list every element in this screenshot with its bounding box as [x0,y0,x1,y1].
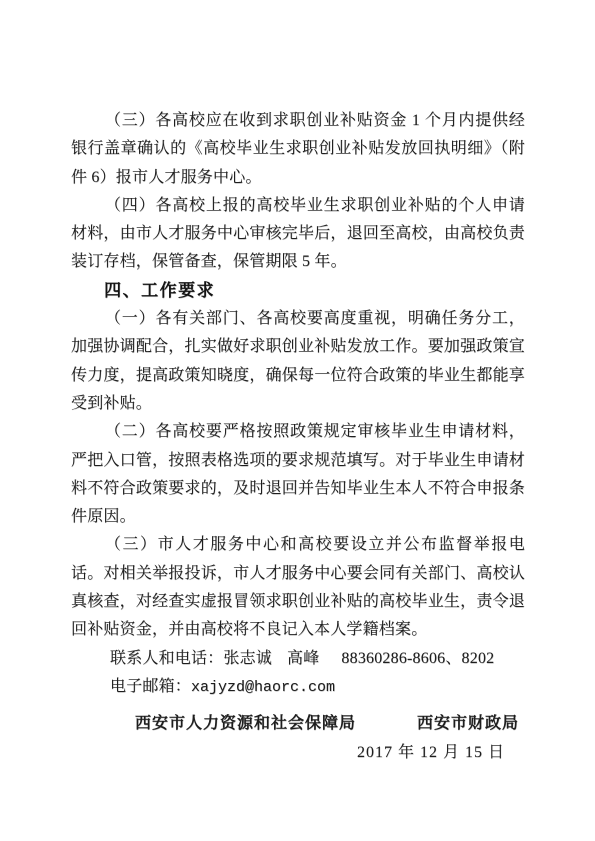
email-line: 电子邮箱：xajyzd@haorc.com [71,673,525,702]
requirement-paragraph-2: （二）各高校要严格按照政策规定审核毕业生申请材料，严把入口管，按照表格选项的要求… [71,418,525,531]
signer-finance-bureau: 西安市财政局 [417,710,519,738]
document-body: （三）各高校应在收到求职创业补贴资金 1 个月内提供经银行盖章确认的《高校毕业生… [71,107,525,767]
requirement-paragraph-1: （一）各有关部门、各高校要高度重视，明确任务分工，加强协调配合，扎实做好求职创业… [71,305,525,418]
document-date: 2017 年 12 月 15 日 [357,744,505,761]
signer-hr-social-security-bureau: 西安市人力资源和社会保障局 [135,710,356,738]
email-address: xajyzd@haorc.com [191,679,335,696]
date-row: 2017 年 12 月 15 日 [71,739,525,767]
signature-row: 西安市人力资源和社会保障局 西安市财政局 [71,710,525,738]
paragraph-item-3: （三）各高校应在收到求职创业补贴资金 1 个月内提供经银行盖章确认的《高校毕业生… [71,107,525,192]
contact-phone-numbers: 88360286-8606、8202 [341,650,494,667]
document-page: （三）各高校应在收到求职创业补贴资金 1 个月内提供经银行盖章确认的《高校毕业生… [0,0,595,841]
email-label: 电子邮箱： [110,678,191,695]
section-heading-work-requirements: 四、工作要求 [71,277,525,305]
contact-label: 联系人和电话： [110,650,223,667]
contact-line: 联系人和电话：张志诚高峰88360286-8606、8202 [71,645,525,673]
requirement-paragraph-3: （三）市人才服务中心和高校要设立并公布监督举报电话。对相关举报投诉，市人才服务中… [71,531,525,644]
paragraph-item-4: （四）各高校上报的高校毕业生求职创业补贴的个人申请材料，由市人才服务中心审核完毕… [71,192,525,277]
contact-person-2: 高峰 [287,650,319,667]
contact-person-1: 张志诚 [223,650,272,667]
